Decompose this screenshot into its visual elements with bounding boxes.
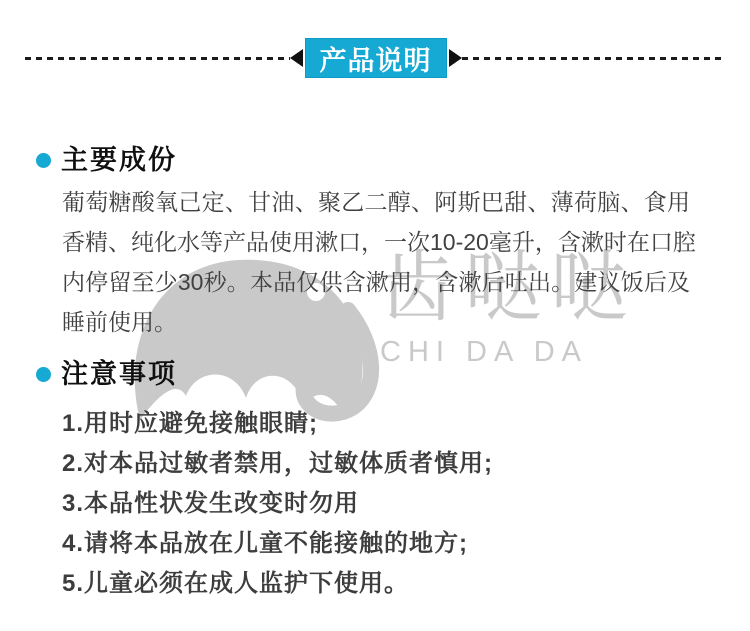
page-title: 产品说明 — [305, 38, 447, 78]
ingredients-paragraph: 葡萄糖酸氧己定、甘油、聚乙二醇、阿斯巴甜、薄荷脑、食用 香精、纯化水等产品使用漱… — [62, 182, 690, 342]
heading-main-ingredients-label: 主要成份 — [61, 147, 177, 174]
precaution-item: 4.请将本品放在儿童不能接触的地方; — [62, 524, 702, 564]
bullet-dot-icon — [36, 153, 51, 168]
ingredients-line: 香精、纯化水等产品使用漱口，一次10-20毫升，含漱时在口腔 — [62, 222, 690, 262]
ingredients-line: 内停留至少30秒。本品仅供含漱用，含漱后吐出。建议饭后及 — [62, 262, 690, 302]
product-description-page: 齿哒哒 CHI DA DA 产品说明 主要成份 葡萄糖酸氧己定、甘油、聚乙二醇、… — [0, 0, 750, 631]
precaution-item: 1.用时应避免接触眼睛; — [62, 404, 702, 444]
left-dashed-line — [25, 57, 290, 60]
heading-precautions: 注意事项 — [36, 361, 177, 388]
heading-main-ingredients: 主要成份 — [36, 147, 177, 174]
precaution-item: 2.对本品过敏者禁用，过敏体质者慎用; — [62, 444, 702, 484]
precaution-item: 5.儿童必须在成人监护下使用。 — [62, 564, 702, 604]
bullet-dot-icon — [36, 367, 51, 382]
left-arrow-icon — [290, 49, 303, 67]
watermark-brand-en: CHI DA DA — [380, 338, 588, 367]
heading-precautions-label: 注意事项 — [61, 361, 177, 388]
right-arrow-icon — [449, 49, 462, 67]
ingredients-line: 睡前使用。 — [62, 302, 690, 342]
ingredients-line: 葡萄糖酸氧己定、甘油、聚乙二醇、阿斯巴甜、薄荷脑、食用 — [62, 182, 690, 222]
section-title-row: 产品说明 — [25, 37, 726, 79]
precaution-list: 1.用时应避免接触眼睛; 2.对本品过敏者禁用，过敏体质者慎用; 3.本品性状发… — [62, 404, 702, 604]
right-dashed-line — [462, 57, 727, 60]
precaution-item: 3.本品性状发生改变时勿用 — [62, 484, 702, 524]
